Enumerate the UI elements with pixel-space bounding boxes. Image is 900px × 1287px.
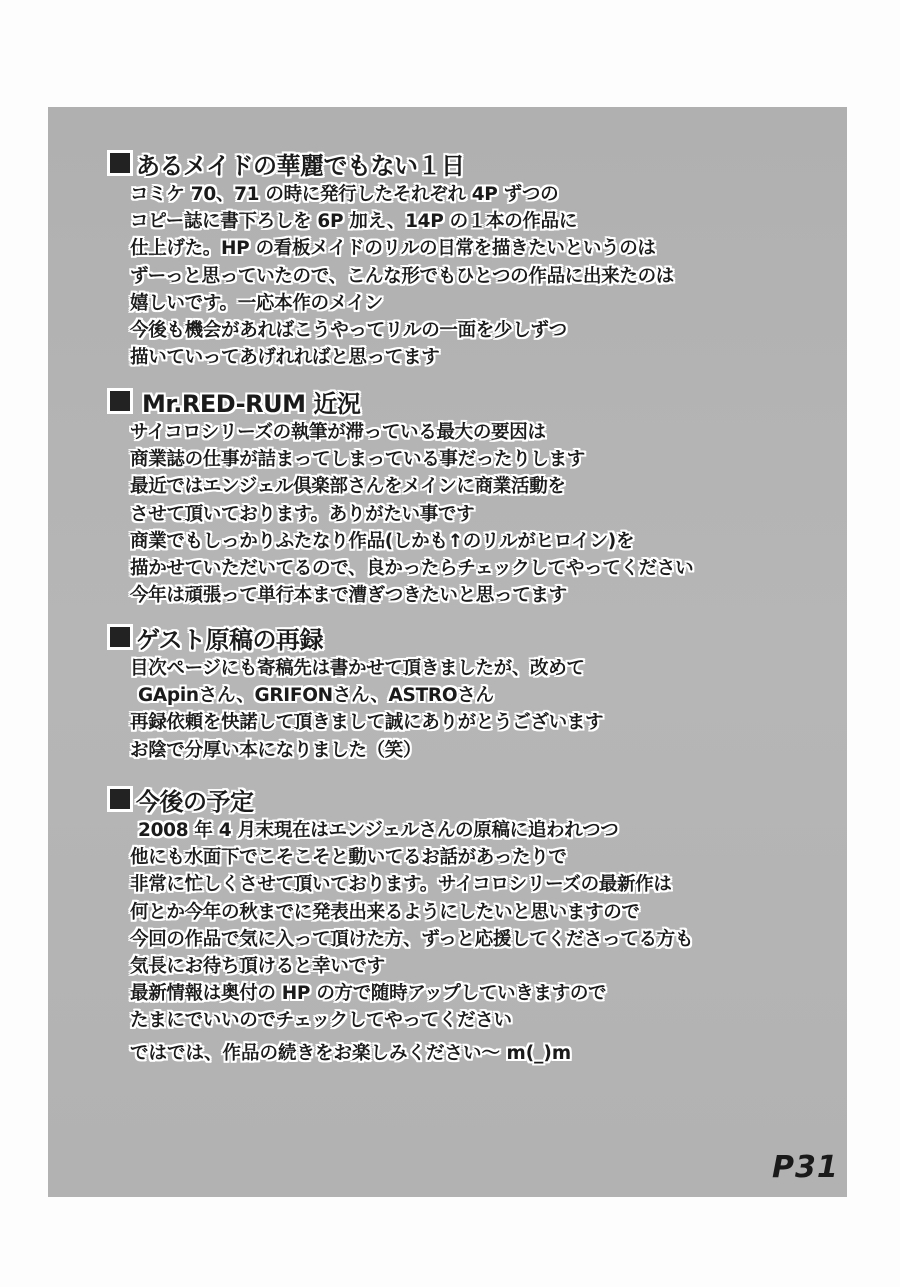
body-line: させて頂いております。ありがたい事です <box>130 501 693 528</box>
body-line: GApinさん、GRIFONさん、ASTROさん <box>130 682 603 709</box>
body-line: コピー誌に書下ろしを 6P 加え、14P の１本の作品に <box>130 208 674 235</box>
body-line: 描かせていただいてるので、良かったらチェックしてやってください <box>130 555 693 582</box>
section-body: 2008 年 4 月末現在はエンジェルさんの原稿に追われつつ 他にも水面下でこそ… <box>130 817 693 1035</box>
section-body: 目次ページにも寄稿先は書かせて頂きましたが、改めて GApinさん、GRIFON… <box>130 655 603 764</box>
body-line: お陰で分厚い本になりました（笑） <box>130 737 603 764</box>
body-line: ずーっと思っていたので、こんな形でもひとつの作品に出来たのは <box>130 263 674 290</box>
section-maid-day: あるメイドの華麗でもない１日 コミケ 70、71 の時に発行したそれぞれ 4P … <box>108 148 674 371</box>
black-square-bullet-icon <box>108 787 132 811</box>
black-square-bullet-icon <box>108 625 132 649</box>
body-line: 目次ページにも寄稿先は書かせて頂きましたが、改めて <box>130 655 603 682</box>
section-heading: あるメイドの華麗でもない１日 <box>108 148 674 178</box>
body-line: 今年は頑張って単行本まで漕ぎつきたいと思ってます <box>130 582 693 609</box>
body-line: 他にも水面下でこそこそと動いてるお話があったりで <box>130 844 693 871</box>
body-line: 最新情報は奥付の HP の方で随時アップしていきますので <box>130 980 693 1007</box>
section-heading: ゲスト原稿の再録 <box>108 622 603 652</box>
section-title: 今後の予定 <box>136 782 254 817</box>
section-title: あるメイドの華麗でもない１日 <box>136 146 465 181</box>
section-title: ゲスト原稿の再録 <box>136 620 323 655</box>
body-line: 仕上げた。HP の看板メイドのリルの日常を描きたいというのは <box>130 235 674 262</box>
section-future-plans: 今後の予定 2008 年 4 月末現在はエンジェルさんの原稿に追われつつ 他にも… <box>108 784 693 1035</box>
body-line: 再録依頼を快諾して頂きまして誠にありがとうございます <box>130 709 603 736</box>
section-body: コミケ 70、71 の時に発行したそれぞれ 4P ずつの コピー誌に書下ろしを … <box>130 181 674 371</box>
closing-message: ではでは、作品の続きをお楽しみください～ m(_)m <box>130 1040 571 1067</box>
black-square-bullet-icon <box>108 151 132 175</box>
black-square-bullet-icon <box>108 389 132 413</box>
body-line: サイコロシリーズの執筆が滞っている最大の要因は <box>130 419 693 446</box>
page: あるメイドの華麗でもない１日 コミケ 70、71 の時に発行したそれぞれ 4P … <box>0 0 900 1287</box>
body-line: コミケ 70、71 の時に発行したそれぞれ 4P ずつの <box>130 181 674 208</box>
body-line: 非常に忙しくさせて頂いております。サイコロシリーズの最新作は <box>130 871 693 898</box>
body-line: 最近ではエンジェル倶楽部さんをメインに商業活動を <box>130 473 693 500</box>
section-heading: Mr.RED-RUM 近況 <box>108 386 693 416</box>
section-body: サイコロシリーズの執筆が滞っている最大の要因は 商業誌の仕事が詰まってしまってい… <box>130 419 693 609</box>
body-line: 2008 年 4 月末現在はエンジェルさんの原稿に追われつつ <box>130 817 693 844</box>
body-line: 商業でもしっかりふたなり作品(しかも↑のリルがヒロイン)を <box>130 528 693 555</box>
body-line: 嬉しいです。一応本作のメイン <box>130 290 674 317</box>
page-number: P31 <box>772 1150 839 1185</box>
section-heading: 今後の予定 <box>108 784 693 814</box>
body-line: 今後も機会があればこうやってリルの一面を少しずつ <box>130 317 674 344</box>
section-guest-reprint: ゲスト原稿の再録 目次ページにも寄稿先は書かせて頂きましたが、改めて GApin… <box>108 622 603 764</box>
section-red-rum-news: Mr.RED-RUM 近況 サイコロシリーズの執筆が滞っている最大の要因は 商業… <box>108 386 693 609</box>
body-line: 商業誌の仕事が詰まってしまっている事だったりします <box>130 446 693 473</box>
body-line: たまにでいいのでチェックしてやってください <box>130 1007 693 1034</box>
body-line: 描いていってあげれればと思ってます <box>130 344 674 371</box>
body-line: 気長にお待ち頂けると幸いです <box>130 953 693 980</box>
body-line: 今回の作品で気に入って頂けた方、ずっと応援してくださってる方も <box>130 926 693 953</box>
body-line: 何とか今年の秋までに発表出来るようにしたいと思いますので <box>130 899 693 926</box>
section-title: Mr.RED-RUM 近況 <box>142 384 360 419</box>
